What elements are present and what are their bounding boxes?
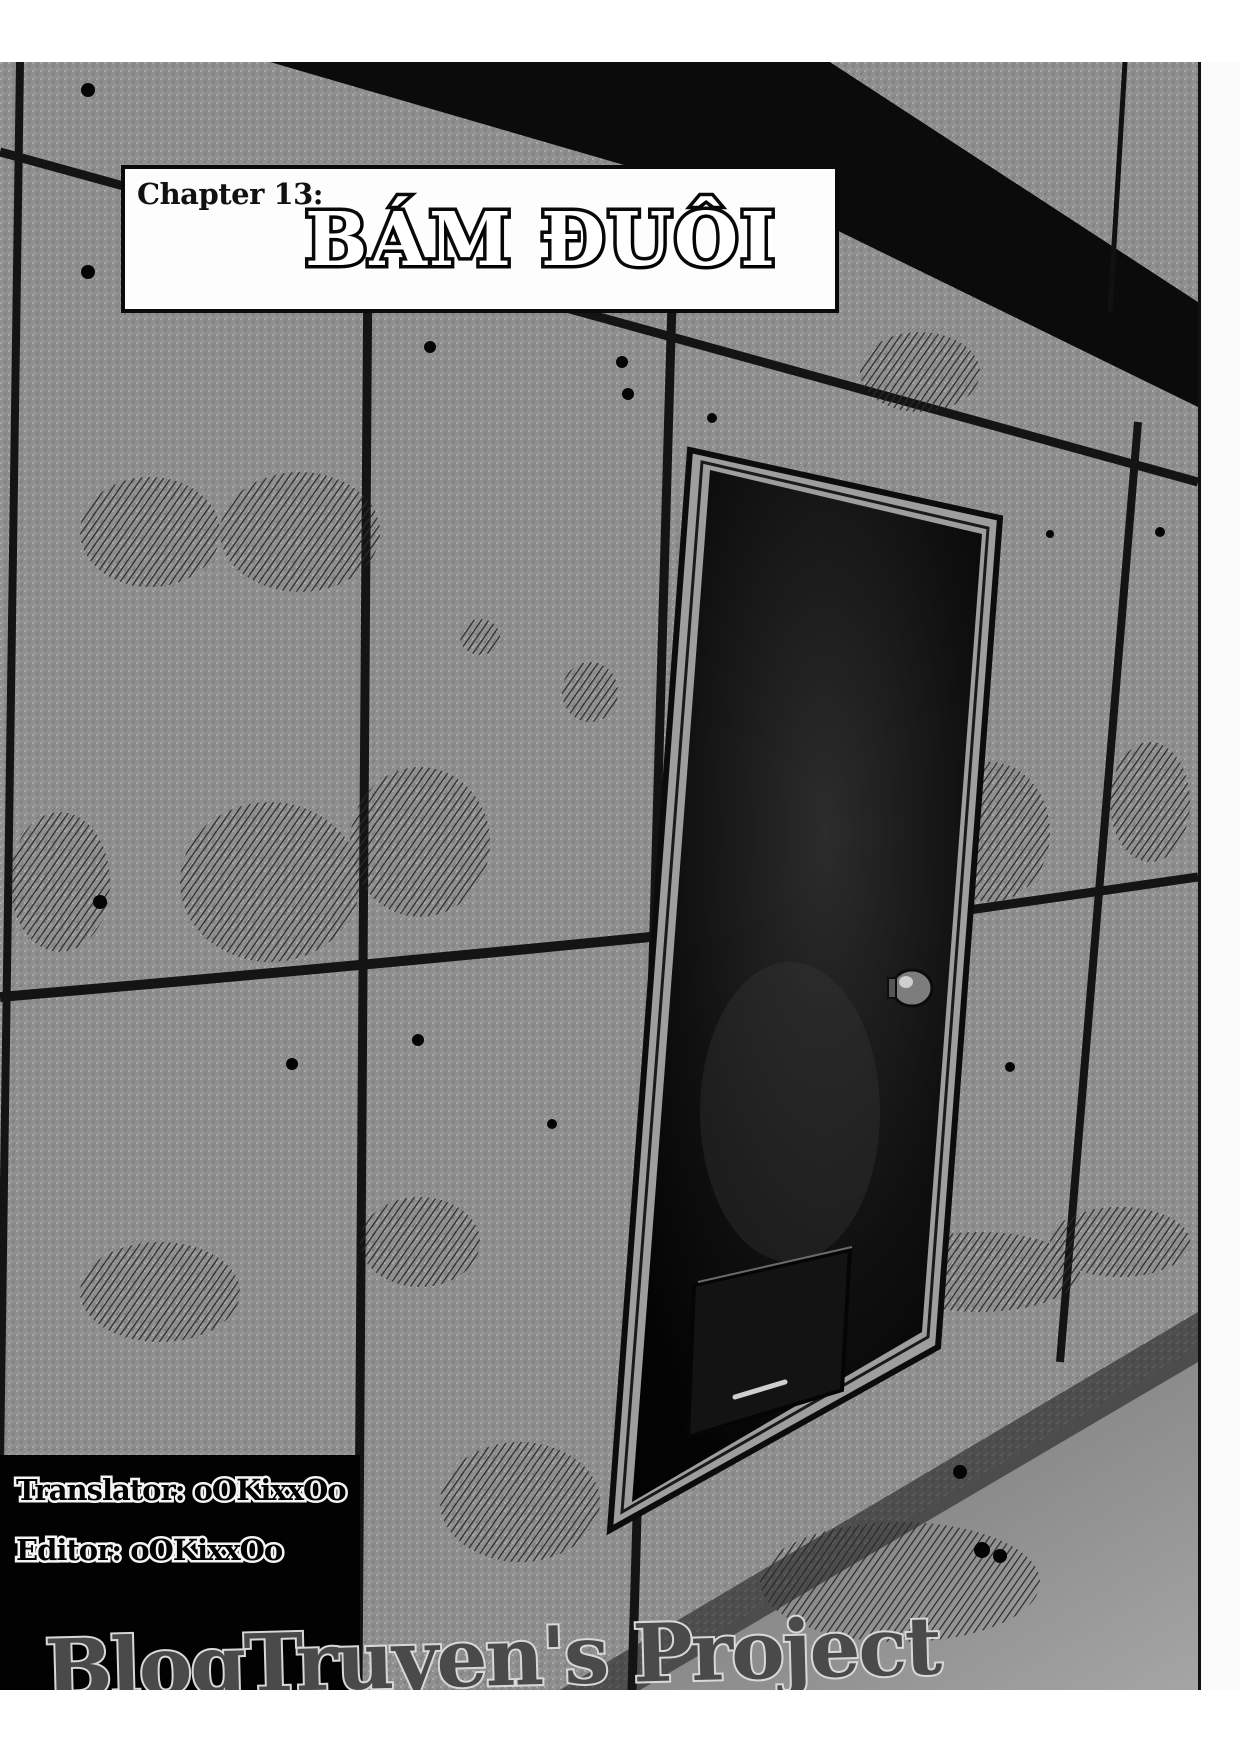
chapter-title: BÁM ĐUÔI [305, 197, 777, 283]
translator-credit: Translator: oOKixxOo [16, 1473, 346, 1507]
manga-panel: Chapter 13: BÁM ĐUÔI Translator: oOKixxO… [0, 62, 1198, 1690]
chapter-title-box: Chapter 13: BÁM ĐUÔI [121, 165, 839, 313]
page-margin-strip [1198, 62, 1240, 1690]
chapter-number-label: Chapter 13: [137, 177, 323, 211]
editor-credit: Editor: oOKixxOo [16, 1533, 282, 1567]
